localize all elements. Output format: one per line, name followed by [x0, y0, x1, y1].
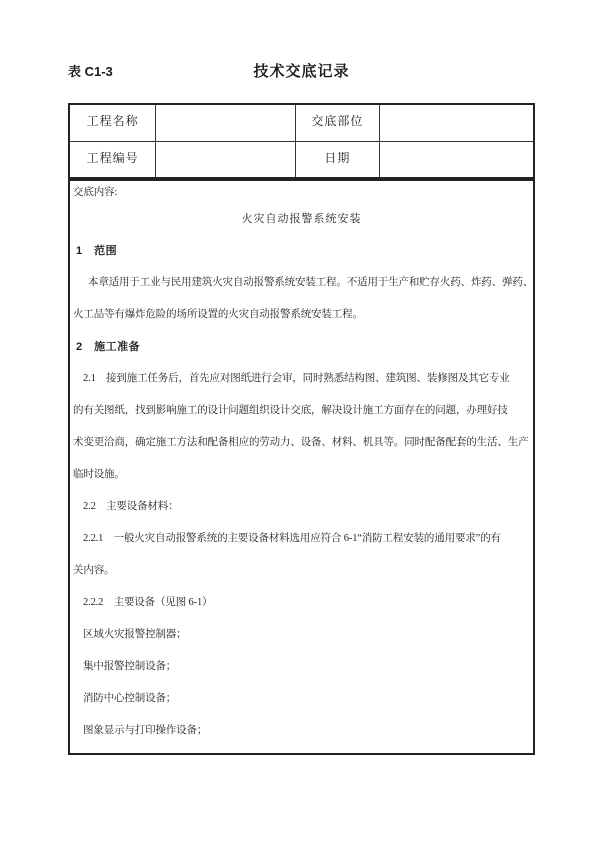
equipment-list-item: 消防中心控制设备；: [73, 683, 530, 715]
disclosure-location-value-cell: [380, 104, 534, 141]
paragraph-2-1-line: 2.1 接到施工任务后，首先应对图纸进行会审，同时熟悉结构图、建筑图、装修图及其…: [73, 363, 530, 395]
equipment-list-item: 消防备用电源；: [73, 747, 530, 755]
section-2-heading: 2 施工准备: [73, 331, 530, 363]
paragraph-2-1-line: 术变更洽商，确定施工方法和配备相应的劳动力、设备、材料、机具等。同时配备配套的生…: [73, 427, 530, 459]
section-1-text-line: 火工品等有爆炸危险的场所设置的火灾自动报警系统安装工程。: [73, 299, 530, 331]
disclosure-content-box: 交底内容: 火灾自动报警系统安装 1 范围 本章适用于工业与民用建筑火灾自动报警…: [68, 179, 535, 755]
project-number-label: 工程编号: [69, 141, 156, 178]
paragraph-2-2-2-heading: 2.2.2 主要设备（见图 6-1）: [73, 587, 530, 619]
paragraph-2-2-1-line: 关内容。: [73, 555, 530, 587]
paragraph-2-1-line: 临时设施。: [73, 459, 530, 491]
paragraph-2-2-1-line: 2.2.1 一般火灾自动报警系统的主要设备材料选用应符合 6-1“消防工程安装的…: [73, 523, 530, 555]
project-number-value-cell: [156, 141, 295, 178]
project-name-label: 工程名称: [69, 104, 156, 141]
paragraph-2-1-line: 的有关图纸，找到影响施工的设计问题组织设计交底，解决设计施工方面存在的问题，办理…: [73, 395, 530, 427]
date-value-cell: [380, 141, 534, 178]
equipment-list-item: 图象显示与打印操作设备；: [73, 715, 530, 747]
section-1-heading: 1 范围: [73, 235, 530, 267]
paragraph-2-2-heading: 2.2 主要设备材料：: [73, 491, 530, 523]
info-table-row-1: 工程名称 交底部位: [69, 104, 534, 141]
info-table-row-2: 工程编号 日期: [69, 141, 534, 178]
doc-title: 技术交底记录: [68, 60, 535, 81]
equipment-list-item: 集中报警控制设备；: [73, 651, 530, 683]
section-1-text-line: 本章适用于工业与民用建筑火灾自动报警系统安装工程。不适用于生产和贮存火药、炸药、…: [73, 267, 530, 299]
date-label: 日期: [295, 141, 380, 178]
disclosure-location-label: 交底部位: [295, 104, 380, 141]
content-subject-title: 火灾自动报警系统安装: [73, 203, 530, 235]
info-table: 工程名称 交底部位 工程编号 日期: [68, 103, 535, 179]
project-name-value-cell: [156, 104, 295, 141]
content-label: 交底内容:: [73, 183, 530, 203]
equipment-list-item: 区域火灾报警控制器；: [73, 619, 530, 651]
document-page: 表 C1-3 技术交底记录 工程名称 交底部位 工程编号 日期 交底内容: 火灾…: [0, 0, 595, 842]
doc-header: 表 C1-3 技术交底记录: [68, 60, 535, 80]
